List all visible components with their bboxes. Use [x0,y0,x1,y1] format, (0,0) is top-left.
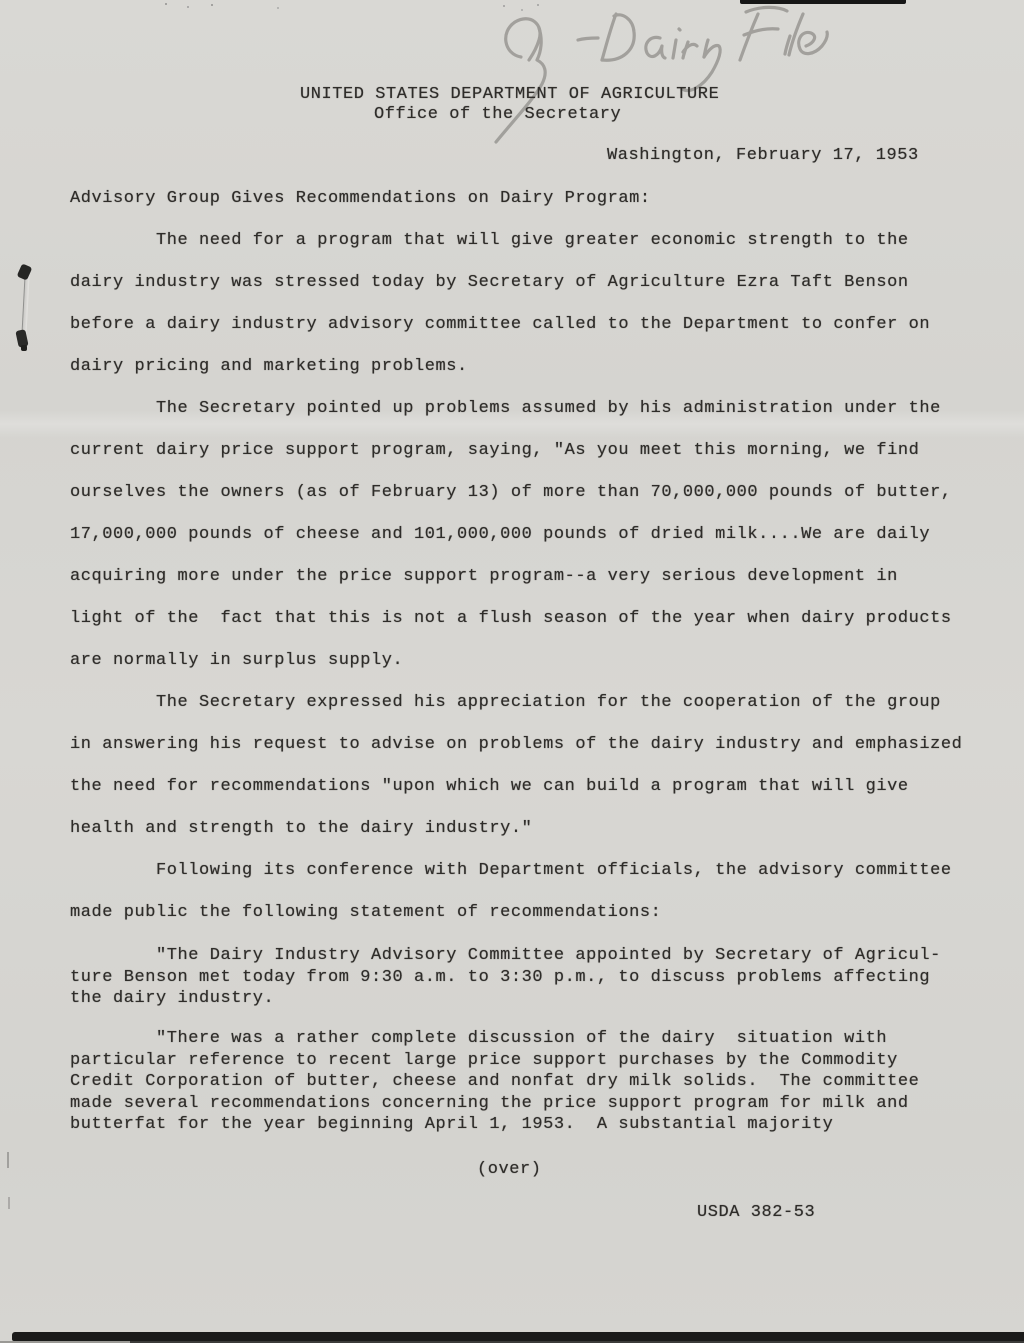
text-line: made several recommendations concerning … [70,1093,919,1115]
text-line: "The Dairy Industry Advisory Committee a… [70,945,941,967]
text-line: 17,000,000 pounds of cheese and 101,000,… [70,514,962,556]
staple-mark [21,273,29,337]
text-line: The need for a program that will give gr… [70,220,962,262]
text-line: in answering his request to advise on pr… [70,724,962,766]
text-line: The Secretary expressed his appreciation… [70,682,962,724]
text-line: The Secretary pointed up problems assume… [70,388,962,430]
text-line: Following its conference with Department… [70,850,962,892]
staple-mark [17,263,33,280]
dateline: Washington, February 17, 1953 [607,146,919,165]
release-body: Advisory Group Gives Recommendations on … [70,178,962,934]
text-line: ourselves the owners (as of February 13)… [70,472,962,514]
statement-paragraph-1: "The Dairy Industry Advisory Committee a… [70,945,941,1010]
letterhead-agency: UNITED STATES DEPARTMENT OF AGRICULTURE [300,85,719,104]
text-line: before a dairy industry advisory committ… [70,304,962,346]
text-line: the dairy industry. [70,988,941,1010]
text-line: particular reference to recent large pri… [70,1050,919,1072]
margin-mark [8,1197,10,1209]
text-line: dairy pricing and marketing problems. [70,346,962,388]
text-line: are normally in surplus supply. [70,640,962,682]
statement-paragraph-2: "There was a rather complete discussion … [70,1028,919,1136]
text-line: Credit Corporation of butter, cheese and… [70,1071,919,1093]
release-number: USDA 382-53 [697,1203,815,1222]
text-line: made public the following statement of r… [70,892,962,934]
text-line: ture Benson met today from 9:30 a.m. to … [70,967,941,989]
text-line: light of the fact that this is not a flu… [70,598,962,640]
text-line: butterfat for the year beginning April 1… [70,1114,919,1136]
over-note: (over) [477,1160,542,1179]
staple-mark [21,345,27,351]
text-line: health and strength to the dairy industr… [70,808,962,850]
scan-specks [165,3,167,5]
margin-mark [7,1152,9,1168]
handwritten-annotation [488,2,848,157]
scan-bottom-bar [12,1332,1024,1341]
text-line: dairy industry was stressed today by Sec… [70,262,962,304]
text-line: the need for recommendations "upon which… [70,766,962,808]
letterhead-office: Office of the Secretary [374,105,621,124]
text-line: "There was a rather complete discussion … [70,1028,919,1050]
text-line: acquiring more under the price support p… [70,556,962,598]
text-line: Advisory Group Gives Recommendations on … [70,178,962,220]
text-line: current dairy price support program, say… [70,430,962,472]
